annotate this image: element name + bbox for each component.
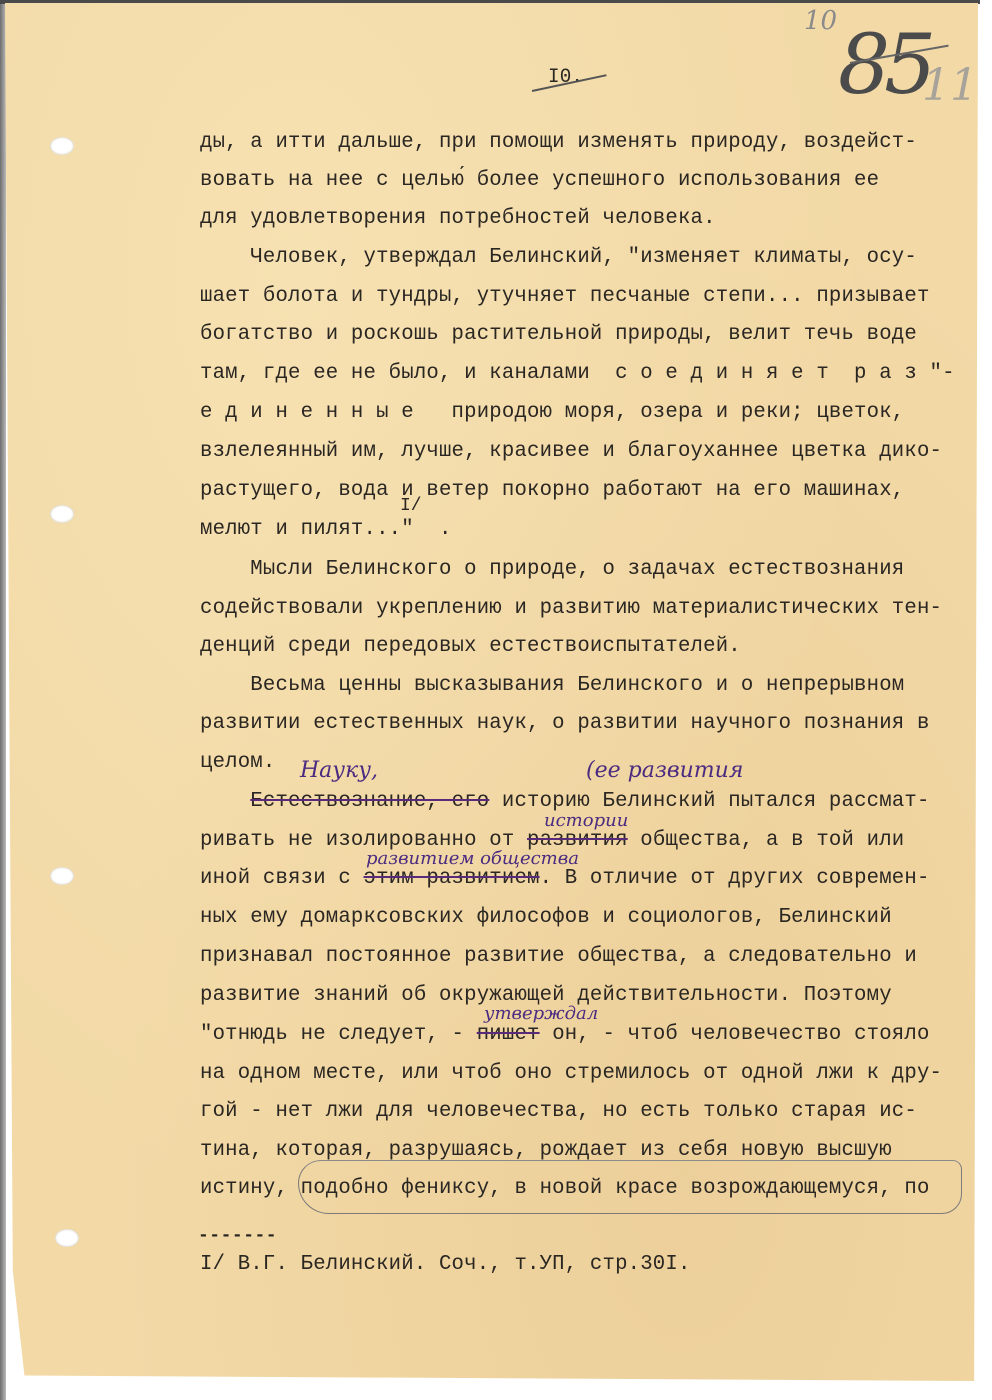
- archive-mark: 11: [922, 60, 978, 111]
- struck-text: этим развитием: [364, 866, 540, 890]
- struck-text: пишет: [477, 1022, 540, 1046]
- handwritten-insert-utverzhdal: утверждал: [484, 1003, 598, 1024]
- punch-hole: [50, 505, 74, 523]
- edited-line: иной связи с этим развитием. В отличие о…: [200, 866, 930, 890]
- text-line: целом.: [200, 750, 275, 774]
- footnote-marker: I/: [400, 496, 422, 516]
- text-line: Человек, утверждал Белинский, "изменяет …: [200, 245, 917, 269]
- punch-hole: [55, 1229, 79, 1247]
- handwritten-insert-ee-razvitiya: (ее развития: [586, 758, 743, 783]
- text-line: ных ему домарксовских философов и социол…: [200, 905, 892, 929]
- text-line: шает болота и тундры, утучняет песчаные …: [200, 284, 930, 308]
- text-line: Мысли Белинского о природе, о задачах ес…: [200, 557, 904, 581]
- punch-hole: [50, 137, 74, 155]
- text-line: богатство и роскошь растительной природы…: [200, 322, 917, 346]
- punch-hole: [50, 867, 74, 885]
- archive-number-old: 10: [804, 6, 837, 36]
- text-line: гой - нет лжи для человечества, но есть …: [200, 1099, 917, 1123]
- text-line: е д и н е н н ы е природою моря, озера и…: [200, 400, 904, 424]
- struck-text: Естествознание, его: [250, 789, 489, 813]
- text-line: содействовали укреплению и развитию мате…: [200, 596, 942, 620]
- footnote-rule: -------: [198, 1226, 277, 1246]
- edited-line: "отнюдь не следует, - пишет он, - чтоб ч…: [200, 1022, 930, 1046]
- text-line: там, где ее не было, и каналами с о е д …: [200, 361, 955, 385]
- text-line: вовать на нее с целью́ более успешного и…: [200, 168, 879, 192]
- text-line: растущего, вода и ветер покорно работают…: [200, 478, 904, 502]
- text-line: мелют и пилят..." .: [200, 517, 452, 541]
- archive-number-new: 85: [838, 18, 930, 113]
- text-line: для удовлетворения потребностей человека…: [200, 206, 716, 230]
- text-line: истину, подобно фениксу, в новой красе в…: [200, 1176, 930, 1200]
- handwritten-insert-naukou: Науку,: [300, 758, 378, 783]
- text-line: тина, которая, разрушаясь, рождает из се…: [200, 1138, 892, 1162]
- text-line: признавал постоянное развитие общества, …: [200, 944, 917, 968]
- text-line: развитии естественных наук, о развитии н…: [200, 711, 930, 735]
- scanner-edge-left: [0, 0, 6, 1400]
- text-line: Весьма ценны высказывания Белинского и о…: [200, 673, 904, 697]
- text-line: денций среди передовых естествоиспытател…: [200, 634, 741, 658]
- footnote: I/ В.Г. Белинский. Соч., т.УП, стр.30I.: [200, 1252, 691, 1276]
- text-line: на одном месте, или чтоб оно стремилось …: [200, 1061, 942, 1085]
- text-line: взлелеянный им, лучше, красивее и благоу…: [200, 439, 942, 463]
- text-line: ды, а итти дальше, при помощи изменять п…: [200, 130, 917, 154]
